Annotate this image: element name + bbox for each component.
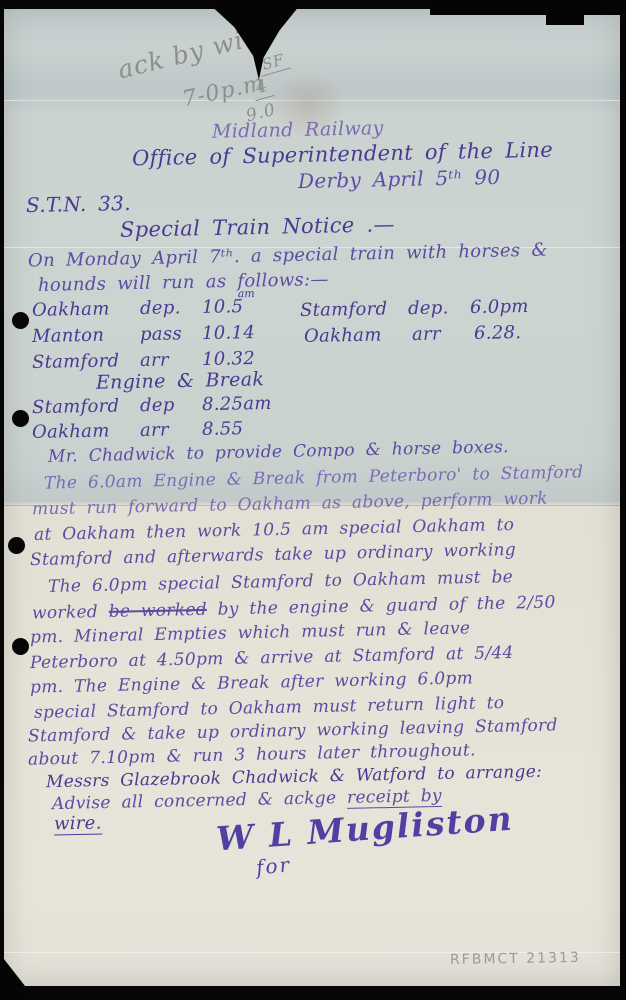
station-time: 10.14 xyxy=(202,322,255,344)
punch-hole xyxy=(12,410,29,427)
station-action: arr xyxy=(140,349,202,371)
letter-paper: ack by wire 7-0p.m SF 4 9.0 Midland Rail… xyxy=(4,9,620,986)
station-name: Stamford xyxy=(32,395,140,418)
punch-hole xyxy=(12,638,29,655)
body-text: by the engine & guard of the 2/50 xyxy=(207,593,556,620)
torn-edge-notch xyxy=(546,0,584,25)
station-name: Manton xyxy=(32,324,140,347)
body-line: pm. Mineral Empties which must run & lea… xyxy=(30,618,471,647)
body-line: pm. The Engine & Break after working 6.0… xyxy=(30,668,473,697)
station-name: Stamford xyxy=(32,350,140,373)
notice-title: Special Train Notice .— xyxy=(120,212,395,242)
schedule-row: Stamforddep.6.0pm xyxy=(300,296,529,321)
notice-ref: S.T.N. 33. xyxy=(26,191,131,217)
archive-reference: RFBMCT 21313 xyxy=(450,950,581,968)
punch-hole xyxy=(8,537,25,554)
scanned-document-page: { "page": { "pencil": { "ack_line1": "ac… xyxy=(0,0,626,1000)
schedule-row: Oakhamarr6.28. xyxy=(304,322,522,347)
notice-intro-line2: hounds will run as follows:— xyxy=(38,269,329,296)
body-line: must run forward to Oakham as above, per… xyxy=(32,489,548,520)
body-line: Stamford and afterwards take up ordinary… xyxy=(30,540,516,570)
torn-edge-top-right xyxy=(430,0,626,15)
station-action: dep xyxy=(140,394,202,416)
station-name: Oakham xyxy=(304,324,412,347)
station-name: Oakham xyxy=(32,298,140,321)
header-dateline: Derby April 5ᵗʰ 90 xyxy=(298,165,501,193)
station-time: 6.0pm xyxy=(470,296,529,318)
body-line-with-strike: worked be worked by the engine & guard o… xyxy=(32,593,556,624)
station-action: arr xyxy=(140,419,202,441)
station-time: 8.25am xyxy=(202,393,272,415)
schedule-row: Oakhamarr8.55 xyxy=(32,418,244,443)
body-line: Mr. Chadwick to provide Compo & horse bo… xyxy=(48,437,509,467)
punch-hole xyxy=(12,312,29,329)
station-time: 8.55 xyxy=(202,418,244,440)
body-text: worked xyxy=(32,602,109,624)
station-action: dep. xyxy=(408,297,470,319)
station-name: Oakham xyxy=(32,420,140,443)
station-time: 6.28. xyxy=(474,322,522,344)
schedule-row: Mantonpass10.14 xyxy=(32,322,255,347)
schedule-row: Stamforddep8.25am xyxy=(32,393,272,418)
station-name: Stamford xyxy=(300,298,408,321)
struck-out-text: be worked xyxy=(109,600,208,622)
station-action: pass xyxy=(140,323,202,345)
notice-intro-line1: On Monday April 7ᵗʰ. a special train wit… xyxy=(28,240,548,272)
schedule-row: Oakhamdep.10.5 am xyxy=(32,296,244,321)
signature-per: for xyxy=(255,852,292,880)
engine-break-heading: Engine & Break xyxy=(96,368,265,394)
station-action: dep. xyxy=(140,297,202,319)
body-text: Advise all concerned & ackge xyxy=(52,788,347,814)
station-time: 10.32 xyxy=(202,348,255,370)
body-line: The 6.0pm special Stamford to Oakham mus… xyxy=(48,567,513,597)
am-superscript: am xyxy=(238,287,255,300)
header-company: Midland Railway xyxy=(212,117,384,143)
station-action: arr xyxy=(412,323,474,345)
body-line-wire: wire. xyxy=(54,813,102,836)
